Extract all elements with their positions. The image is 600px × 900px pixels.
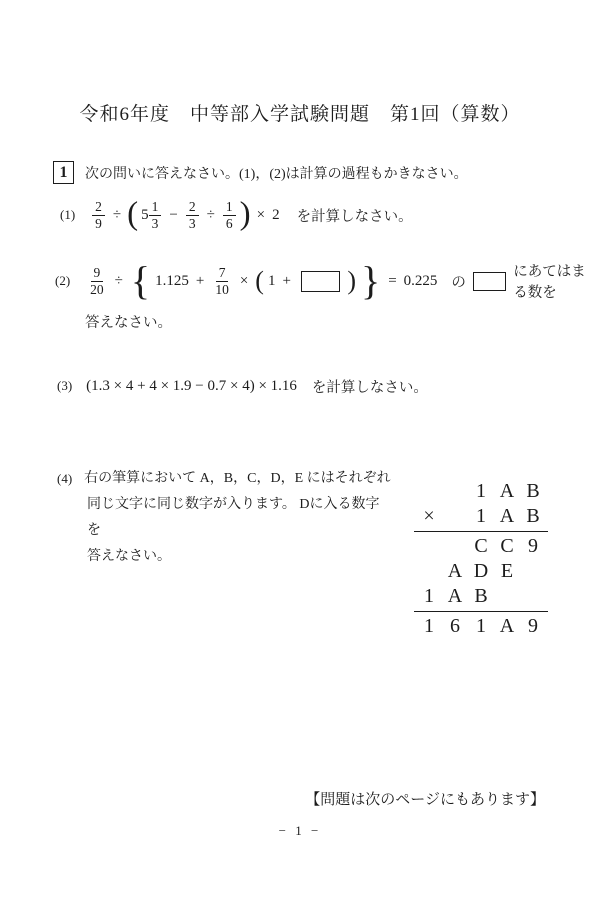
mult-row-product: 1 6 1 A 9 xyxy=(416,614,548,639)
exam-page: 令和6年度 中等部入学試験問題 第1回（算数） 1 次の問いに答えなさい。(1)… xyxy=(0,0,600,900)
term-1-125: 1.125 xyxy=(155,273,189,290)
equals-sign: = xyxy=(388,273,396,290)
plus-operator: + xyxy=(196,273,204,290)
page-number: − 1 − xyxy=(0,823,600,839)
mixed-number-whole: 5 xyxy=(141,207,149,224)
question-2: (2) 9 20 ÷ { 1.125 + 7 10 × ( 1 + ) } = … xyxy=(55,260,600,302)
question-4: (4) 右の筆算において A，B，C，D，E にはそれぞれ 同じ文字に同じ数字が… xyxy=(57,466,392,570)
question-3: (3) (1.3 × 4 + 4 × 1.9 − 0.7 × 4) × 1.16… xyxy=(57,372,428,400)
times-operator: × xyxy=(257,207,265,224)
mult-row-partial-2: A D E xyxy=(416,559,548,584)
mult-row-multiplicand: 1 A B xyxy=(416,479,548,504)
question-2-label: (2) xyxy=(55,273,70,289)
question-1: (1) 2 9 ÷ ( 5 1 3 − 2 3 ÷ 1 6 ) × 2 を計算し… xyxy=(60,194,413,236)
question-4-line-1: (4) 右の筆算において A，B，C，D，E にはそれぞれ xyxy=(57,466,392,492)
question-2-tail-2: 答えなさい。 xyxy=(85,311,172,332)
mult-row-partial-1: C C 9 xyxy=(416,534,548,559)
mult-row-multiplier: × 1 A B xyxy=(416,504,548,529)
question-4-line-3: 答えなさい。 xyxy=(87,544,392,570)
open-brace: { xyxy=(131,264,150,298)
result-value: 0.225 xyxy=(404,273,438,290)
question-3-suffix: を計算しなさい。 xyxy=(312,376,428,397)
footer-note: 【問題は次のページにもあります】 xyxy=(305,788,545,809)
minus-operator: − xyxy=(169,207,177,224)
problem-1-instruction: 次の問いに答えなさい。(1)，(2)は計算の過程もかきなさい。 xyxy=(85,163,468,183)
plus-operator: + xyxy=(282,273,290,290)
times-icon: × xyxy=(416,504,442,529)
fraction-2-3: 2 3 xyxy=(186,199,199,230)
problem-1-header: 1 次の問いに答えなさい。(1)，(2)は計算の過程もかきなさい。 xyxy=(53,161,468,184)
fraction-1-3: 1 3 xyxy=(149,199,162,230)
fraction-9-20: 9 20 xyxy=(87,265,107,296)
mult-rule-bottom xyxy=(414,611,548,612)
particle-no: の xyxy=(451,271,466,292)
answer-box xyxy=(301,271,340,292)
question-2-tail: にあてはまる数を xyxy=(513,260,600,302)
question-4-label: (4) xyxy=(57,466,72,492)
divide-operator: ÷ xyxy=(115,273,123,290)
factor-2: 2 xyxy=(272,207,280,224)
mult-rule-top xyxy=(414,531,548,532)
question-3-expression: (1.3 × 4 + 4 × 1.9 − 0.7 × 4) × 1.16 xyxy=(86,378,297,395)
divide-operator: ÷ xyxy=(113,207,121,224)
fraction-1-6: 1 6 xyxy=(223,199,236,230)
divide-operator: ÷ xyxy=(207,207,215,224)
fraction-7-10: 7 10 xyxy=(212,265,232,296)
close-brace: } xyxy=(361,264,380,298)
question-1-label: (1) xyxy=(60,207,75,223)
problem-number-box: 1 xyxy=(53,161,74,184)
question-3-label: (3) xyxy=(57,378,72,394)
multiplication-worksheet: 1 A B × 1 A B C C 9 A D E 1 A xyxy=(416,479,548,639)
close-paren: ) xyxy=(240,200,251,230)
open-paren: ( xyxy=(127,200,138,230)
close-paren: ) xyxy=(347,269,356,292)
page-title: 令和6年度 中等部入学試験問題 第1回（算数） xyxy=(0,99,600,126)
times-operator: × xyxy=(240,273,248,290)
mult-row-partial-3: 1 A B xyxy=(416,584,548,609)
term-1: 1 xyxy=(268,273,276,290)
question-4-line-2: 同じ文字に同じ数字が入ります。 Dに入る数字を xyxy=(87,492,392,544)
question-1-suffix: を計算しなさい。 xyxy=(297,205,413,226)
fraction-2-9: 2 9 xyxy=(92,199,105,230)
open-paren: ( xyxy=(255,269,264,292)
answer-box-reference xyxy=(473,272,506,291)
